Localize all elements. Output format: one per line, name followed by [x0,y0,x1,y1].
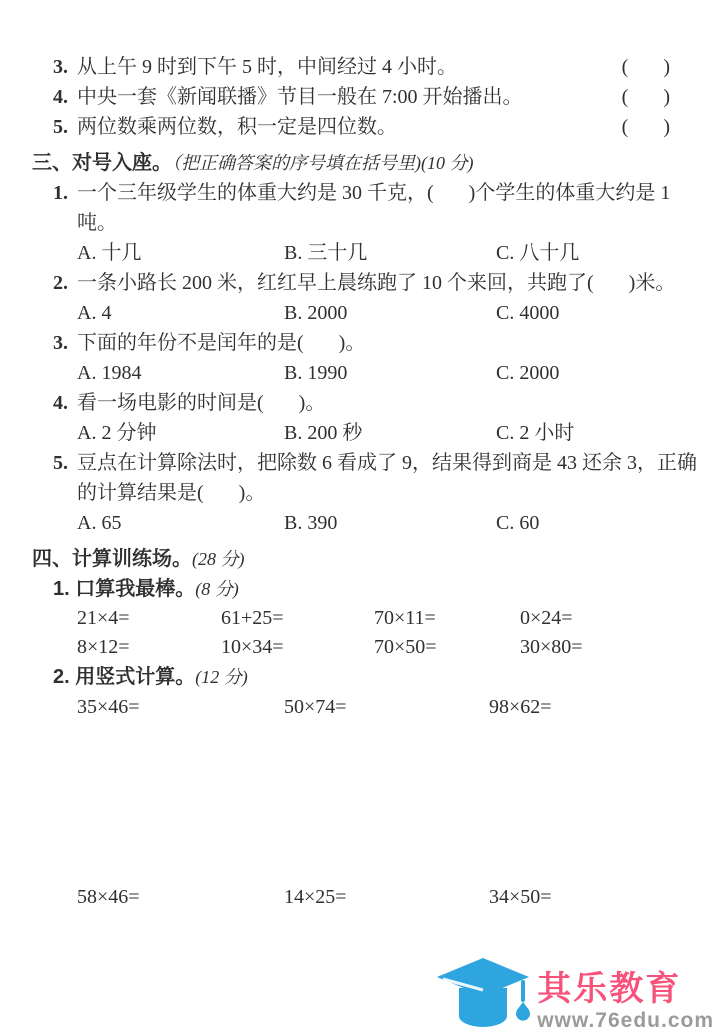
section3-heading: 三、对号入座。（把正确答案的序号填在括号里)(10 分) [0,148,722,178]
judge-item-text: 两位数乘两位数，积一定是四位数。 [77,112,622,142]
option-c: C. 60 [496,508,722,538]
brand-name: 其乐教育 [537,970,681,1008]
equation: 34×50= [489,882,722,912]
vertical-calc-row-2: 58×46= 14×25= 34×50= [77,882,722,912]
mc-question-3: 3.下面的年份不是闰年的是( )。 [0,328,722,358]
equation: 21×4= [77,604,221,633]
question-text: 看一场电影的时间是( )。 [77,392,325,414]
question-number: 1. [53,178,77,208]
option-b: B. 三十几 [284,238,496,268]
subsection-label: 2. 用竖式计算。 [53,666,195,688]
brand-text-block: 其乐教育 www.76edu.com [537,970,714,1034]
item-number: 4. [53,82,77,112]
section4-heading: 四、计算训练场。(28 分) [0,544,722,574]
section4-score: (28 分) [192,549,245,569]
equation: 35×46= [77,692,284,722]
equation: 0×24= [520,604,722,633]
question-text: 下面的年份不是闰年的是( )。 [77,332,365,354]
option-c: C. 2 小时 [496,418,722,448]
option-b: B. 2000 [284,298,496,328]
section3-score: (10 分) [421,153,474,173]
judge-item-5: 5. 两位数乘两位数，积一定是四位数。 ( ) [0,112,722,142]
section3-note: （把正确答案的序号填在括号里) [172,153,421,173]
equation: 58×46= [77,882,284,912]
option-a: A. 1984 [77,358,284,388]
judge-item-3: 3. 从上午 9 时到下午 5 时，中间经过 4 小时。 ( ) [0,52,722,82]
question-text: 一个三年级学生的体重大约是 30 千克，( )个学生的体重大约是 1 吨。 [77,182,675,234]
oral-calc-row-1: 21×4= 61+25= 70×11= 0×24= [77,604,722,633]
worksheet-page: 3. 从上午 9 时到下午 5 时，中间经过 4 小时。 ( ) 4. 中央一套… [0,0,722,1036]
option-a: A. 十几 [77,238,284,268]
equation: 70×50= [374,633,520,662]
equation: 61+25= [221,604,374,633]
mc-question-4: 4.看一场电影的时间是( )。 [0,388,722,418]
vertical-calc-label: 2. 用竖式计算。(12 分) [0,662,722,692]
oral-calc-row-2: 8×12= 10×34= 70×50= 30×80= [77,633,722,662]
question-text: 豆点在计算除法时，把除数 6 看成了 9，结果得到商是 43 还余 3，正确的计… [77,452,697,504]
option-c: C. 4000 [496,298,722,328]
subsection-score: (12 分) [195,667,248,687]
item-number: 5. [53,112,77,142]
question-number: 5. [53,448,77,478]
option-c: C. 八十几 [496,238,722,268]
option-b: B. 390 [284,508,496,538]
item-number: 3. [53,52,77,82]
option-b: B. 1990 [284,358,496,388]
section3-title: 三、对号入座。 [32,152,172,174]
option-a: A. 4 [77,298,284,328]
brand-logo: 其乐教育 www.76edu.com [435,956,714,1034]
oral-calc-label: 1. 口算我最棒。(8 分) [0,574,722,604]
option-a: A. 2 分钟 [77,418,284,448]
option-a: A. 65 [77,508,284,538]
mc-question-2: 2.一条小路长 200 米，红红早上晨练跑了 10 个来回，共跑了( )米。 [0,268,722,298]
question-number: 2. [53,268,77,298]
answer-bracket: ( ) [622,82,670,112]
section4-title: 四、计算训练场。 [32,548,192,570]
mc-question-5: 5.豆点在计算除法时，把除数 6 看成了 9，结果得到商是 43 还余 3，正确… [0,448,722,508]
option-b: B. 200 秒 [284,418,496,448]
mc-question-1: 1.一个三年级学生的体重大约是 30 千克，( )个学生的体重大约是 1 吨。 [0,178,722,238]
subsection-score: (8 分) [195,579,239,599]
equation: 98×62= [489,692,722,722]
options-row-4: A. 2 分钟 B. 200 秒 C. 2 小时 [77,418,722,448]
graduation-cap-icon [435,956,531,1034]
equation: 30×80= [520,633,722,662]
options-row-5: A. 65 B. 390 C. 60 [77,508,722,538]
options-row-2: A. 4 B. 2000 C. 4000 [77,298,722,328]
answer-bracket: ( ) [622,52,670,82]
subsection-label: 1. 口算我最棒。 [53,578,195,600]
question-number: 4. [53,388,77,418]
question-number: 3. [53,328,77,358]
judge-item-text: 从上午 9 时到下午 5 时，中间经过 4 小时。 [77,52,622,82]
worksheet-content: 3. 从上午 9 时到下午 5 时，中间经过 4 小时。 ( ) 4. 中央一套… [0,52,722,912]
judge-item-4: 4. 中央一套《新闻联播》节目一般在 7:00 开始播出。 ( ) [0,82,722,112]
question-text: 一条小路长 200 米，红红早上晨练跑了 10 个来回，共跑了( )米。 [77,272,675,294]
options-row-1: A. 十几 B. 三十几 C. 八十几 [77,238,722,268]
brand-url: www.76edu.com [537,1008,714,1034]
equation: 14×25= [284,882,489,912]
equation: 10×34= [221,633,374,662]
equation: 70×11= [374,604,520,633]
judge-item-text: 中央一套《新闻联播》节目一般在 7:00 开始播出。 [77,82,622,112]
option-c: C. 2000 [496,358,722,388]
equation: 50×74= [284,692,489,722]
vertical-calc-row-1: 35×46= 50×74= 98×62= [77,692,722,722]
answer-bracket: ( ) [622,112,670,142]
equation: 8×12= [77,633,221,662]
options-row-3: A. 1984 B. 1990 C. 2000 [77,358,722,388]
